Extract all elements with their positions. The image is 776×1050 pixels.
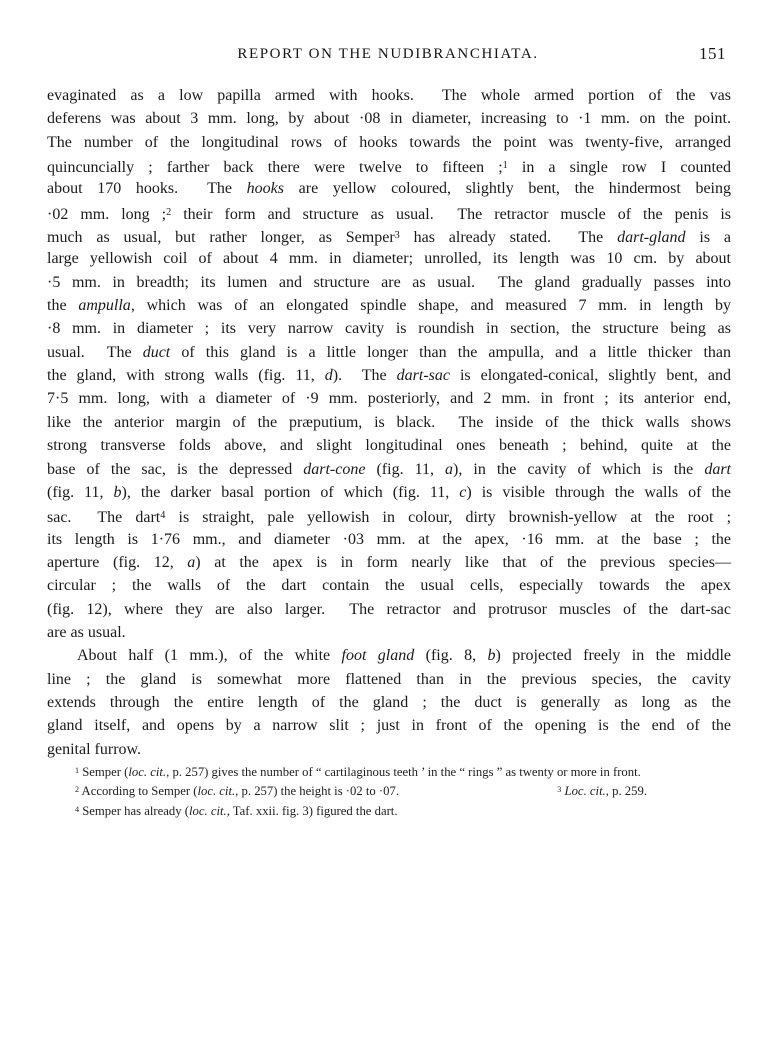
italic-text: b — [488, 647, 496, 664]
text-segment: ). The — [333, 367, 397, 384]
text-segment: in a single row I counted — [508, 159, 731, 176]
text-segment: about 170 hooks. The — [47, 180, 247, 197]
text-line: ·02 mm. long ;2 their form and structure… — [47, 201, 731, 224]
text-line: circular ; the walls of the dart contain… — [47, 574, 731, 597]
text-segment: sac. The dart — [47, 509, 160, 526]
text-segment: circular ; the walls of the dart contain… — [47, 577, 731, 594]
text-line: ·5 mm. in breadth; its lumen and structu… — [47, 271, 731, 294]
italic-text: b — [114, 484, 122, 501]
text-line: About half (1 mm.), of the white foot gl… — [47, 644, 731, 667]
text-segment: extends through the entire length of the… — [47, 694, 731, 711]
text-segment: aperture (fig. 12, — [47, 554, 187, 571]
text-segment: its length is 1·76 mm., and diameter ·03… — [47, 531, 731, 548]
text-segment: is a — [686, 229, 731, 246]
text-line: like the anterior margin of the præputiu… — [47, 411, 731, 434]
text-segment: (fig. 8, — [414, 647, 487, 664]
italic-text: dart-sac — [397, 367, 450, 384]
text-segment: , Taf. xxii. fig. 3) figured the dart. — [227, 804, 398, 818]
text-segment: About half (1 mm.), of the white — [77, 647, 342, 664]
text-line: line ; the gland is somewhat more flatte… — [47, 668, 731, 691]
text-segment: ·02 mm. long ; — [47, 206, 166, 223]
text-line: quincuncially ; farther back there were … — [47, 154, 731, 177]
text-line: its length is 1·76 mm., and diameter ·03… — [47, 528, 731, 551]
text-segment: base of the sac, is the depressed — [47, 461, 303, 478]
text-line: much as usual, but rather longer, as Sem… — [47, 224, 731, 247]
text-segment: the gland, with strong walls (fig. 11, — [47, 367, 325, 384]
text-line: genital furrow. — [47, 738, 731, 761]
running-header-title: REPORT ON THE NUDIBRANCHIATA. — [237, 46, 538, 62]
italic-text: hooks — [247, 180, 284, 197]
text-line: strong transverse folds above, and sligh… — [47, 434, 731, 457]
text-segment: The number of the longitudinal rows of h… — [47, 134, 731, 151]
text-segment: deferens was about 3 mm. long, by about … — [47, 110, 731, 127]
text-line: the gland, with strong walls (fig. 11, d… — [47, 364, 731, 387]
text-segment: large yellowish coil of about 4 mm. in d… — [47, 250, 731, 267]
text-segment: is straight, pale yellowish in colour, d… — [165, 509, 731, 526]
text-line: extends through the entire length of the… — [47, 691, 731, 714]
text-segment: genital furrow. — [47, 741, 141, 758]
footnote: 1 Semper (loc. cit., p. 257) gives the n… — [47, 762, 641, 781]
text-line: usual. The duct of this gland is a littl… — [47, 341, 731, 364]
text-segment: of this gland is a little longer than th… — [170, 344, 731, 361]
text-segment: are as usual. — [47, 624, 126, 641]
text-segment: their form and structure as usual. The r… — [171, 206, 731, 223]
book-page: REPORT ON THE NUDIBRANCHIATA. 151 evagin… — [0, 0, 776, 1050]
text-segment: are yellow coloured, slightly bent, the … — [284, 180, 731, 197]
text-line: about 170 hooks. The hooks are yellow co… — [47, 177, 731, 200]
text-line: are as usual. — [47, 621, 731, 644]
text-line: ·8 mm. in diameter ; its very narrow cav… — [47, 317, 731, 340]
text-segment: 7·5 mm. long, with a diameter of ·9 mm. … — [47, 390, 731, 407]
body-text: evaginated as a low papilla armed with h… — [47, 84, 731, 761]
text-line: The number of the longitudinal rows of h… — [47, 131, 731, 154]
text-line: gland itself, and opens by a narrow slit… — [47, 714, 731, 737]
text-segment: ), in the cavity of which is the — [453, 461, 704, 478]
text-segment: ) projected freely in the middle — [496, 647, 732, 664]
footnote: 3 Loc. cit., p. 259. — [557, 781, 647, 800]
footnote: 2 According to Semper (loc. cit., p. 257… — [47, 781, 399, 800]
italic-text: dart-cone — [303, 461, 365, 478]
text-line: aperture (fig. 12, a) at the apex is in … — [47, 551, 731, 574]
running-header: REPORT ON THE NUDIBRANCHIATA. — [0, 46, 776, 63]
text-line: deferens was about 3 mm. long, by about … — [47, 107, 731, 130]
text-segment: , p. 257) the height is ·02 to ·07. — [235, 785, 399, 799]
text-line: (fig. 11, b), the darker basal portion o… — [47, 481, 731, 504]
text-line: 7·5 mm. long, with a diameter of ·9 mm. … — [47, 387, 731, 410]
footnote-row: 1 Semper (loc. cit., p. 257) gives the n… — [47, 762, 731, 781]
italic-text: Loc. cit. — [565, 785, 606, 799]
italic-text: foot gland — [342, 647, 415, 664]
text-segment: like the anterior margin of the præputiu… — [47, 414, 731, 431]
text-segment: gland itself, and opens by a narrow slit… — [47, 717, 731, 734]
italic-text: loc. cit. — [189, 804, 227, 818]
text-segment: ·5 mm. in breadth; its lumen and structu… — [47, 274, 731, 291]
text-segment: (fig. 11, — [47, 484, 114, 501]
text-segment: (fig. 12), where they are also larger. T… — [47, 601, 731, 618]
text-line: (fig. 12), where they are also larger. T… — [47, 598, 731, 621]
text-segment: , p. 259. — [606, 785, 647, 799]
text-segment: evaginated as a low papilla armed with h… — [47, 87, 731, 104]
page-number: 151 — [699, 44, 726, 64]
footnote-row: 2 According to Semper (loc. cit., p. 257… — [47, 781, 731, 800]
text-segment: According to Semper ( — [79, 785, 197, 799]
text-segment: , which was of an elongated spindle shap… — [131, 297, 731, 314]
text-segment: ), the darker basal portion of which (fi… — [122, 484, 460, 501]
footnote-row: 4 Semper has already (loc. cit., Taf. xx… — [47, 801, 731, 820]
text-segment: ) at the apex is in form nearly like tha… — [195, 554, 731, 571]
text-segment: the — [47, 297, 78, 314]
italic-text: ampulla — [78, 297, 130, 314]
text-segment: Semper has already ( — [79, 804, 189, 818]
italic-text: dart-gland — [617, 229, 685, 246]
text-line: large yellowish coil of about 4 mm. in d… — [47, 247, 731, 270]
text-segment: much as usual, but rather longer, as Sem… — [47, 229, 395, 246]
text-line: sac. The dart4 is straight, pale yellowi… — [47, 504, 731, 527]
text-segment: ·8 mm. in diameter ; its very narrow cav… — [47, 320, 731, 337]
text-segment: usual. The — [47, 344, 143, 361]
text-segment: is elongated-conical, slightly bent, and — [450, 367, 731, 384]
italic-text: duct — [143, 344, 171, 361]
text-segment: ) is visible through the walls of the — [466, 484, 731, 501]
footnotes: 1 Semper (loc. cit., p. 257) gives the n… — [47, 762, 731, 820]
text-segment: Semper ( — [79, 765, 128, 779]
text-line: the ampulla, which was of an elongated s… — [47, 294, 731, 317]
text-segment: , p. 257) gives the number of “ cartilag… — [166, 765, 641, 779]
text-segment: has already stated. The — [400, 229, 617, 246]
text-segment: line ; the gland is somewhat more flatte… — [47, 671, 731, 688]
text-segment: quincuncially ; farther back there were … — [47, 159, 503, 176]
italic-text: a — [445, 461, 453, 478]
text-segment: (fig. 11, — [365, 461, 445, 478]
italic-text: d — [325, 367, 333, 384]
italic-text: dart — [704, 461, 731, 478]
italic-text: loc. cit. — [128, 765, 166, 779]
italic-text: loc. cit. — [197, 785, 235, 799]
footnote: 4 Semper has already (loc. cit., Taf. xx… — [47, 801, 398, 820]
text-segment: strong transverse folds above, and sligh… — [47, 437, 731, 454]
text-line: base of the sac, is the depressed dart-c… — [47, 458, 731, 481]
text-line: evaginated as a low papilla armed with h… — [47, 84, 731, 107]
